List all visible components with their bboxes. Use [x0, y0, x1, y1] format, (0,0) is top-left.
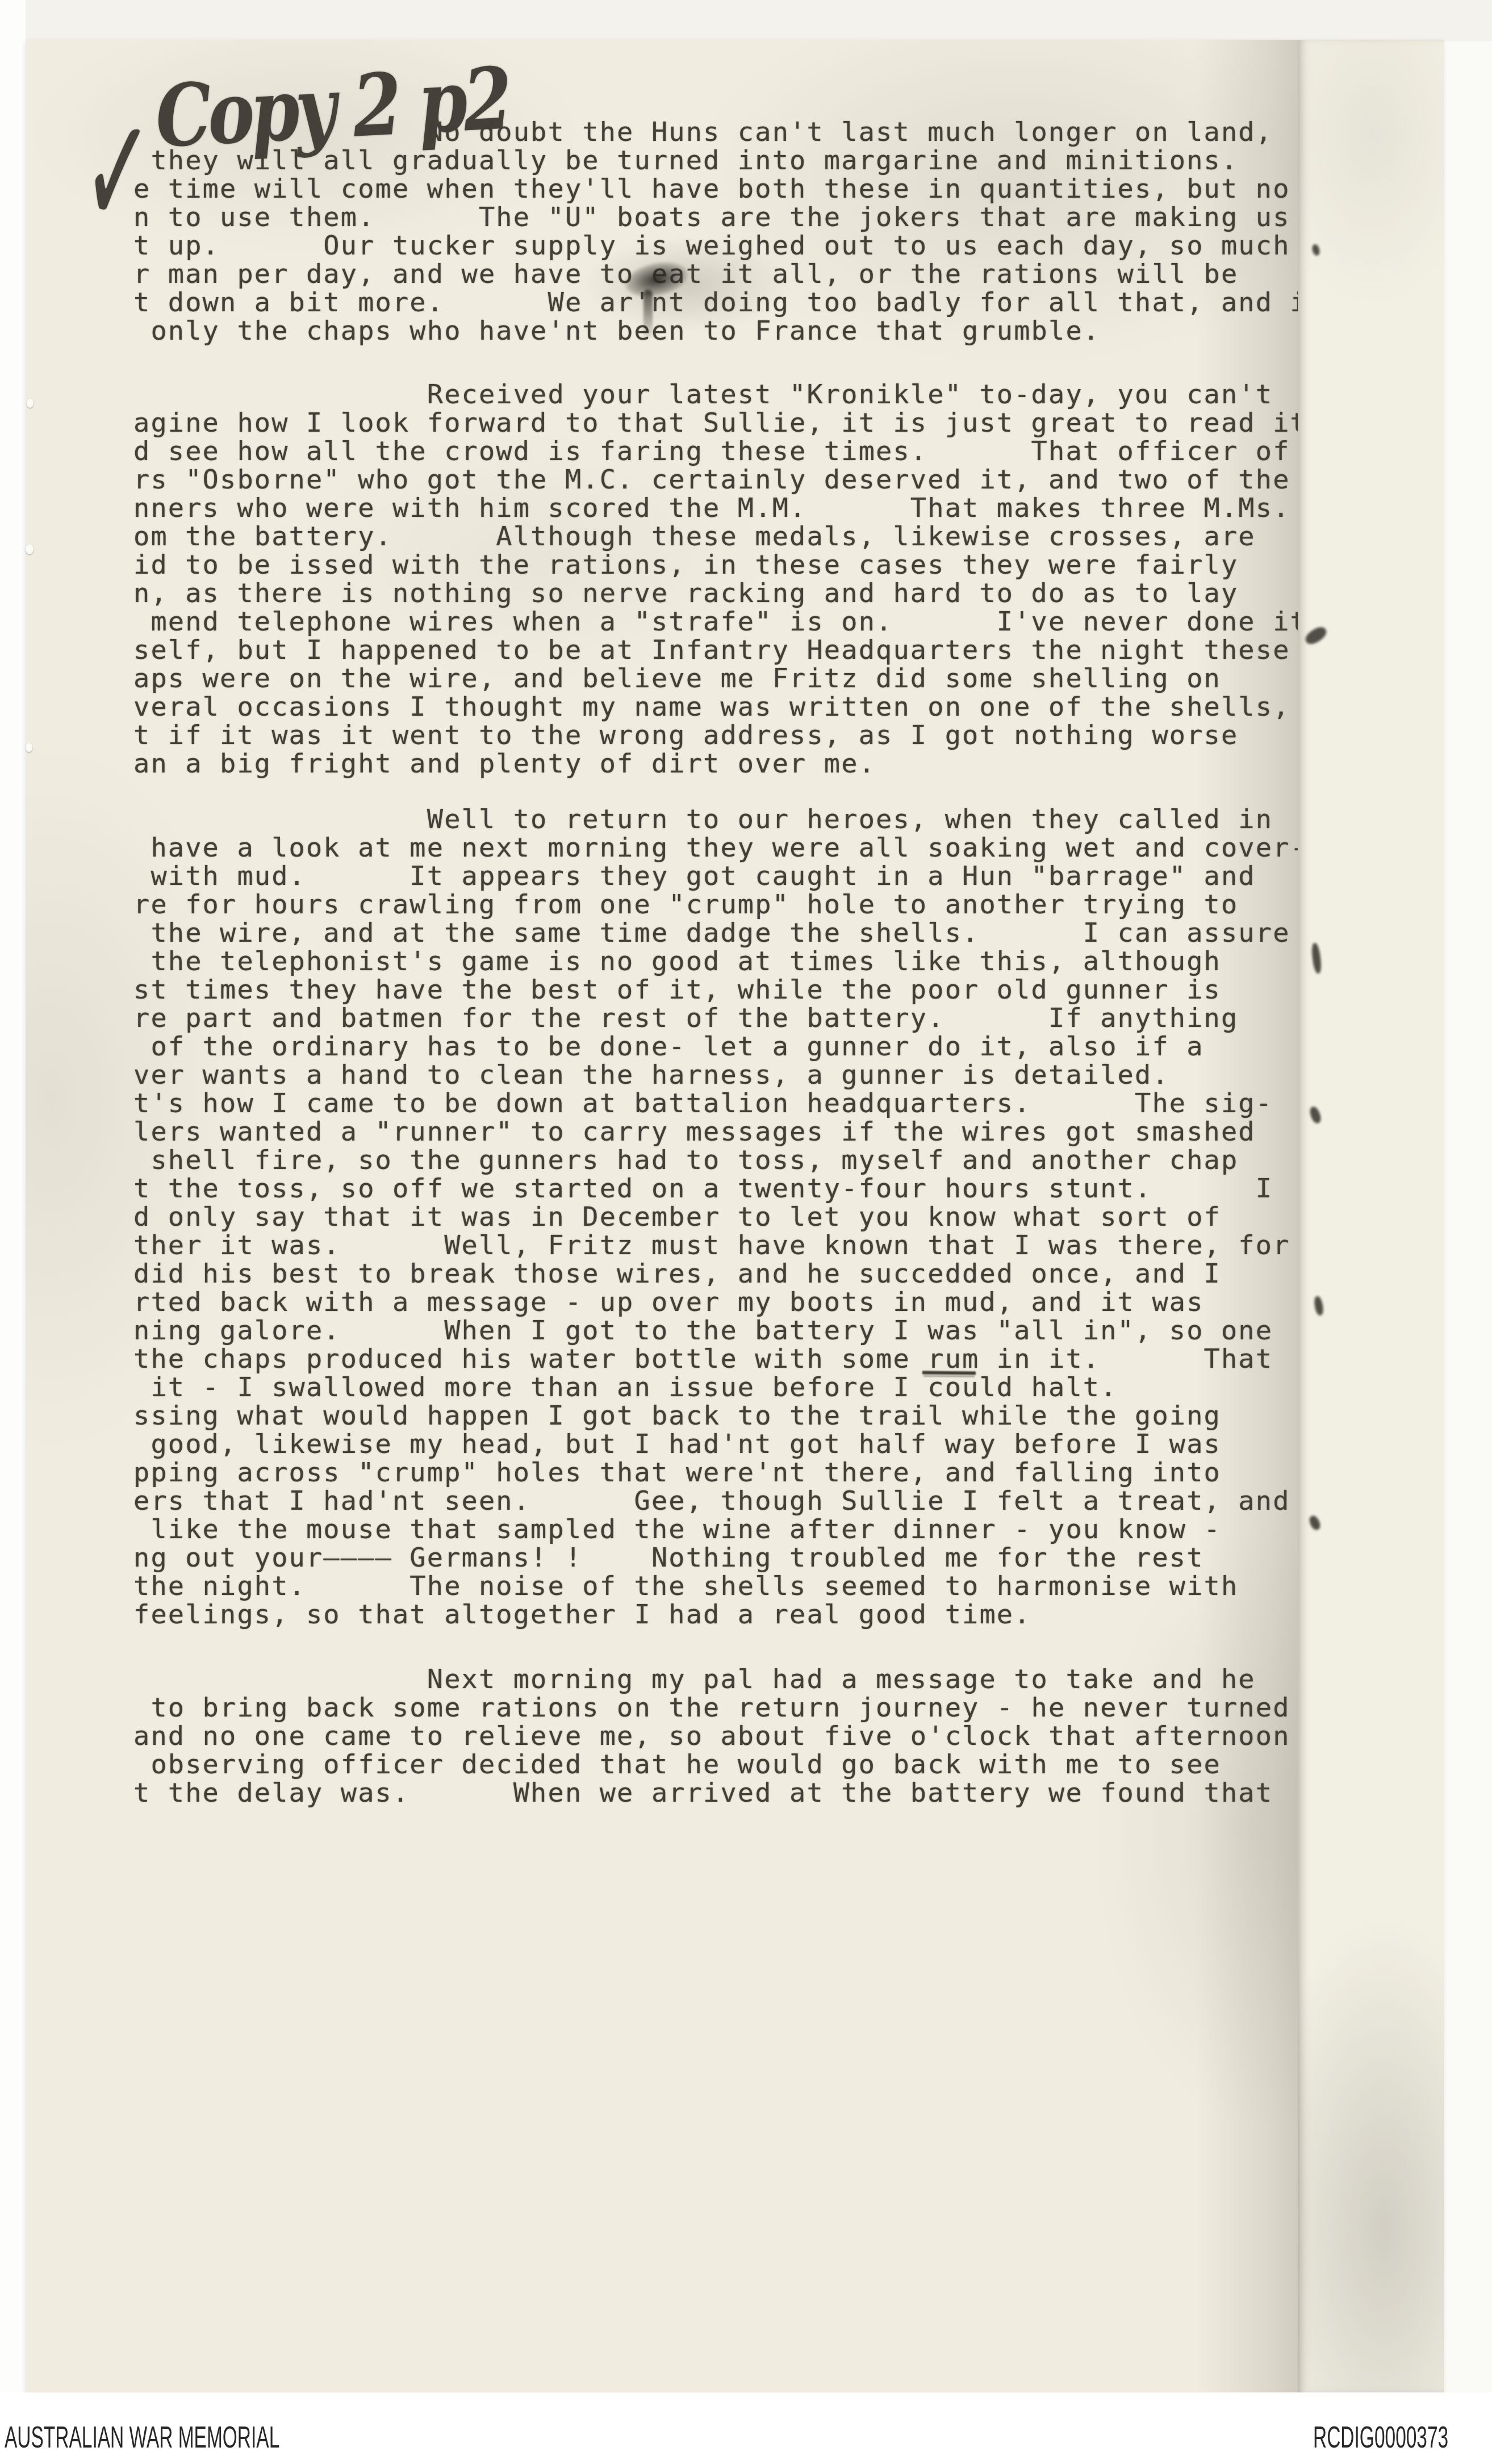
footer-item-id: RCDIG0000373 — [1313, 2420, 1448, 2455]
scanner-bed-strip — [0, 0, 26, 2392]
paper-edge-nick — [27, 399, 34, 408]
rum-underline — [922, 1371, 976, 1375]
underlying-sheet-edge — [1298, 40, 1444, 2392]
typed-paragraph-4: Next morning my pal had a message to tak… — [133, 1665, 1290, 1807]
paper-edge-nick — [26, 743, 32, 752]
typed-paragraph-1: No doubt the Huns can't last much longer… — [133, 118, 1324, 345]
footer-archive-name: AUSTRALIAN WAR MEMORIAL — [5, 2420, 279, 2455]
typed-sheet: ✓ Copy 2 p2 No doubt the Huns can't last… — [26, 40, 1298, 2392]
ink-drip — [643, 290, 653, 339]
typed-paragraph-3: Well to return to our heroes, when they … — [133, 805, 1307, 1629]
scanned-document: ✓ Copy 2 p2 No doubt the Huns can't last… — [0, 0, 1492, 2464]
paper-edge-nick — [26, 544, 34, 554]
footer-bar: AUSTRALIAN WAR MEMORIAL RCDIG0000373 — [0, 2392, 1492, 2464]
letter-page: ✓ Copy 2 p2 No doubt the Huns can't last… — [26, 40, 1443, 2392]
typed-paragraph-2: Received your latest "Kronikle" to-day, … — [133, 381, 1307, 778]
